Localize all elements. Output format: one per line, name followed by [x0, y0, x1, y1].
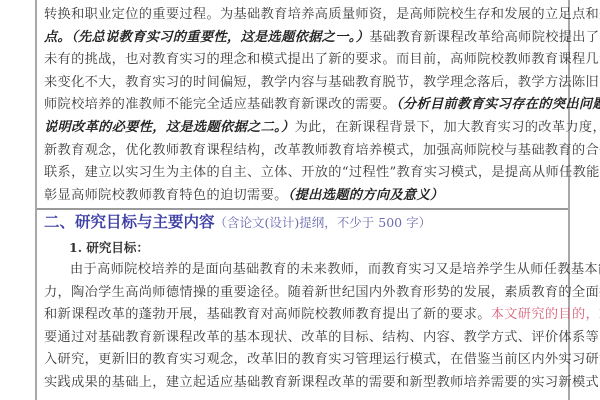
text-line: 由于高师院校培养的是面向基础教育的未来教师，而教育实习又是培养学生从师任教基本能 [70, 262, 600, 278]
text-line: 新教育观念，优化教师教育课程结构，改革教师教育培养模式，加强高师院校与基础教育的… [44, 143, 600, 159]
annotation-text: （分析目前教育实习存在的突出问题， [396, 97, 600, 112]
text-line: 来变化不大，教育实习的时间偏短，教学内容与基础教育脱节，教学理念落后，教学方法陈… [44, 75, 600, 91]
body-text: 联系，建立以实习生为主体的自主、立体、开放的“过程性”教育实习模式，是提高从师任… [44, 165, 600, 180]
subheading-research-goals: 1. 研究目标： [69, 240, 149, 256]
text-line: 转换和职业定位的重要过程。为基础教育培养高质量师资，是高师院校生存和发展的立足点… [44, 7, 600, 23]
text-line: 联系，建立以实习生为主体的自主、立体、开放的“过程性”教育实习模式，是提高从师任… [44, 165, 600, 181]
text-line: 实践成果的基础上，建立起适应基础教育新课程改革的需要和新型教师培养需要的实习新模… [44, 375, 600, 391]
body-text: 和新课程改革的蓬勃开展，基础教育对高师院校教师教育提出了新的要求。 [44, 307, 491, 322]
text-line: 力，陶冶学生高尚师德情操的重要途径。随着新世纪国内外教育形势的发展，素质教育的全… [44, 285, 600, 301]
section-heading-title: 二、研究目标与主要内容 [44, 213, 215, 231]
body-text: 由于高师院校培养的是面向基础教育的未来教师，而教育实习又是培养学生从师任教基本能 [70, 262, 600, 277]
text-line: 说明改革的必要性，这是选题依据之二。）为此，在新课程背景下，加大教育实习的改革力… [44, 120, 600, 136]
highlight-text: 本文研究的目的， [491, 307, 599, 322]
section-heading: 二、研究目标与主要内容（含论文(设计)提纲，不少于 500 字） [44, 212, 431, 233]
text-line: 未有的挑战，也对教育实习的理念和模式提出了新的要求。而目前，高师院校教师教育课程… [44, 52, 600, 68]
body-text: 彰显高师院校教师教育特色的迫切需要。 [44, 188, 288, 203]
body-text: 入研究，更新旧的教育实习观念，改革旧的教育实习管理运行模式，在借鉴当前区内外实习… [44, 352, 600, 367]
text-line: 要通过对基础教育新课程改革的基本现状、改革的目标、结构、内容、教学方式、评价体系… [44, 330, 600, 346]
body-text: 来变化不大，教育实习的时间偏短，教学内容与基础教育脱节，教学理念落后，教学方法陈… [44, 75, 600, 90]
annotation-text: 说明改革的必要性，这是选题依据之二。） [44, 120, 295, 135]
annotation-text: （提出选题的方向及意义） [288, 188, 444, 203]
section-background: 转换和职业定位的重要过程。为基础教育培养高质量师资，是高师院校生存和发展的立足点… [37, 0, 568, 210]
text-line: 点。（先总说教育实习的重要性，这是选题依据之一。）基础教育新课程改革给高师院校提… [44, 30, 600, 46]
text-line: 彰显高师院校教师教育特色的迫切需要。（提出选题的方向及意义） [44, 188, 444, 204]
body-text: 转换和职业定位的重要过程。为基础教育培养高质量师资，是高师院校生存和发展的立足点… [44, 7, 600, 22]
body-text: 实践成果的基础上，建立起适应基础教育新课程改革的需要和新型教师培养需要的实习新模… [44, 375, 600, 390]
document-page: 转换和职业定位的重要过程。为基础教育培养高质量师资，是高师院校生存和发展的立足点… [35, 0, 570, 400]
body-text: 基础教育新课程改革给高师院校提出了前所 [369, 30, 600, 45]
body-text: 要通过对基础教育新课程改革的基本现状、改革的目标、结构、内容、教学方式、评价体系… [44, 330, 600, 345]
body-text: 力，陶冶学生高尚师德情操的重要途径。随着新世纪国内外教育形势的发展，素质教育的全… [44, 285, 600, 300]
text-line: 和新课程改革的蓬勃开展，基础教育对高师院校教师教育提出了新的要求。本文研究的目的… [44, 307, 600, 323]
text-line: 师院校培养的准教师不能完全适应基础教育新课改的需要。（分析目前教育实习存在的突出… [44, 97, 600, 113]
section-heading-note: （含论文(设计)提纲，不少于 500 字） [215, 215, 432, 230]
body-text: 未有的挑战，也对教育实习的理念和模式提出了新的要求。而目前，高师院校教师教育课程… [44, 52, 600, 67]
body-text: 为此，在新课程背景下，加大教育实习的改革力度，更 [295, 120, 600, 135]
annotation-text: 点。（先总说教育实习的重要性，这是选题依据之一。） [44, 30, 369, 45]
text-line: 入研究，更新旧的教育实习观念，改革旧的教育实习管理运行模式，在借鉴当前区内外实习… [44, 352, 600, 368]
body-text: 新教育观念，优化教师教育课程结构，改革教师教育培养模式，加强高师院校与基础教育的… [44, 143, 600, 158]
body-text: 师院校培养的准教师不能完全适应基础教育新课改的需要。 [44, 97, 396, 112]
